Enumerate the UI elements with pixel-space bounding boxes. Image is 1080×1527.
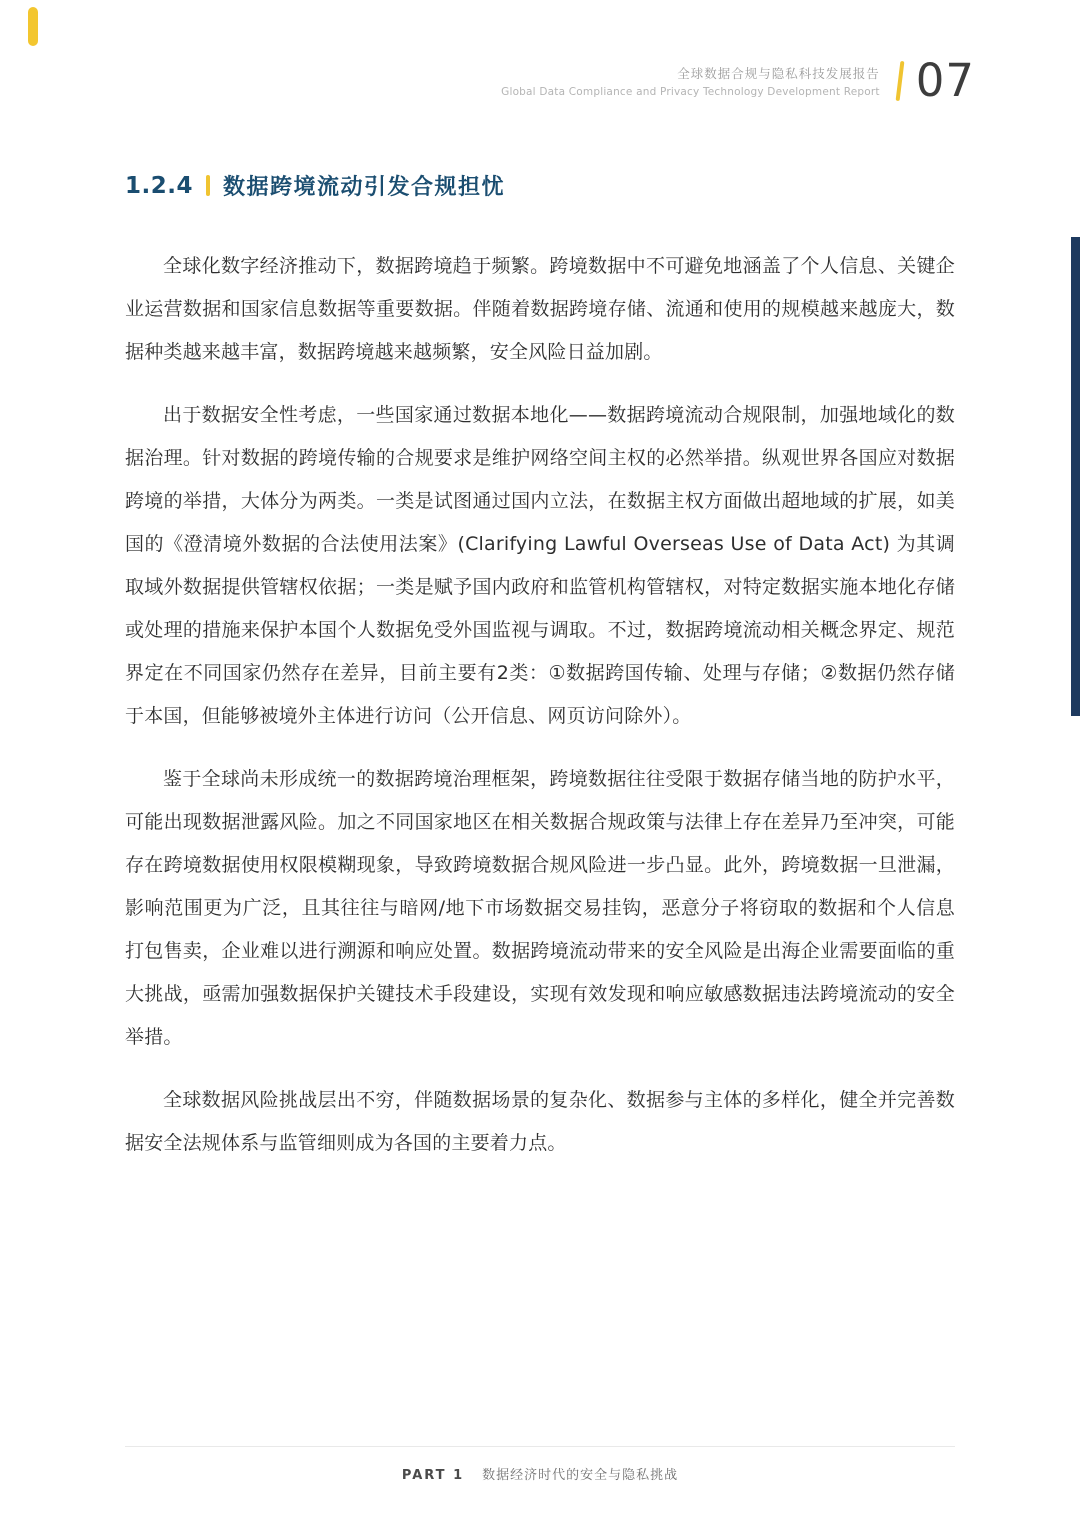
page-number: 07	[916, 58, 975, 103]
section-title: 数据跨境流动引发合规担忧	[223, 170, 505, 201]
page-header: 全球数据合规与隐私科技发展报告 Global Data Compliance a…	[501, 58, 975, 103]
report-title-en: Global Data Compliance and Privacy Techn…	[501, 86, 880, 98]
report-titles: 全球数据合规与隐私科技发展报告 Global Data Compliance a…	[501, 64, 880, 98]
content-area: 1.2.4 数据跨境流动引发合规担忧 全球化数字经济推动下，数据跨境趋于频繁。跨…	[125, 170, 955, 1185]
page-footer: PART 1数据经济时代的安全与隐私挑战	[125, 1446, 955, 1483]
body-paragraph-1: 全球化数字经济推动下，数据跨境趋于频繁。跨境数据中不可避免地涵盖了个人信息、关键…	[125, 245, 955, 374]
section-heading: 1.2.4 数据跨境流动引发合规担忧	[125, 170, 955, 201]
corner-accent-bar	[28, 7, 38, 46]
body-paragraph-4: 全球数据风险挑战层出不穷，伴随数据场景的复杂化、数据参与主体的多样化，健全并完善…	[125, 1079, 955, 1165]
report-title-zh: 全球数据合规与隐私科技发展报告	[501, 64, 880, 82]
footer-part-title: 数据经济时代的安全与隐私挑战	[482, 1468, 678, 1483]
body-paragraph-2: 出于数据安全性考虑，一些国家通过数据本地化——数据跨境流动合规限制，加强地域化的…	[125, 394, 955, 738]
report-page: 全球数据合规与隐私科技发展报告 Global Data Compliance a…	[0, 0, 1080, 1527]
body-paragraph-3: 鉴于全球尚未形成统一的数据跨境治理框架，跨境数据往往受限于数据存储当地的防护水平…	[125, 758, 955, 1059]
section-number: 1.2.4	[125, 173, 193, 199]
footer-divider	[125, 1446, 955, 1447]
right-edge-accent-bar	[1071, 237, 1080, 716]
page-number-divider-icon	[895, 60, 904, 100]
footer-text: PART 1数据经济时代的安全与隐私挑战	[125, 1464, 955, 1483]
section-divider-bar	[206, 175, 210, 196]
footer-part-label: PART 1	[402, 1468, 464, 1483]
